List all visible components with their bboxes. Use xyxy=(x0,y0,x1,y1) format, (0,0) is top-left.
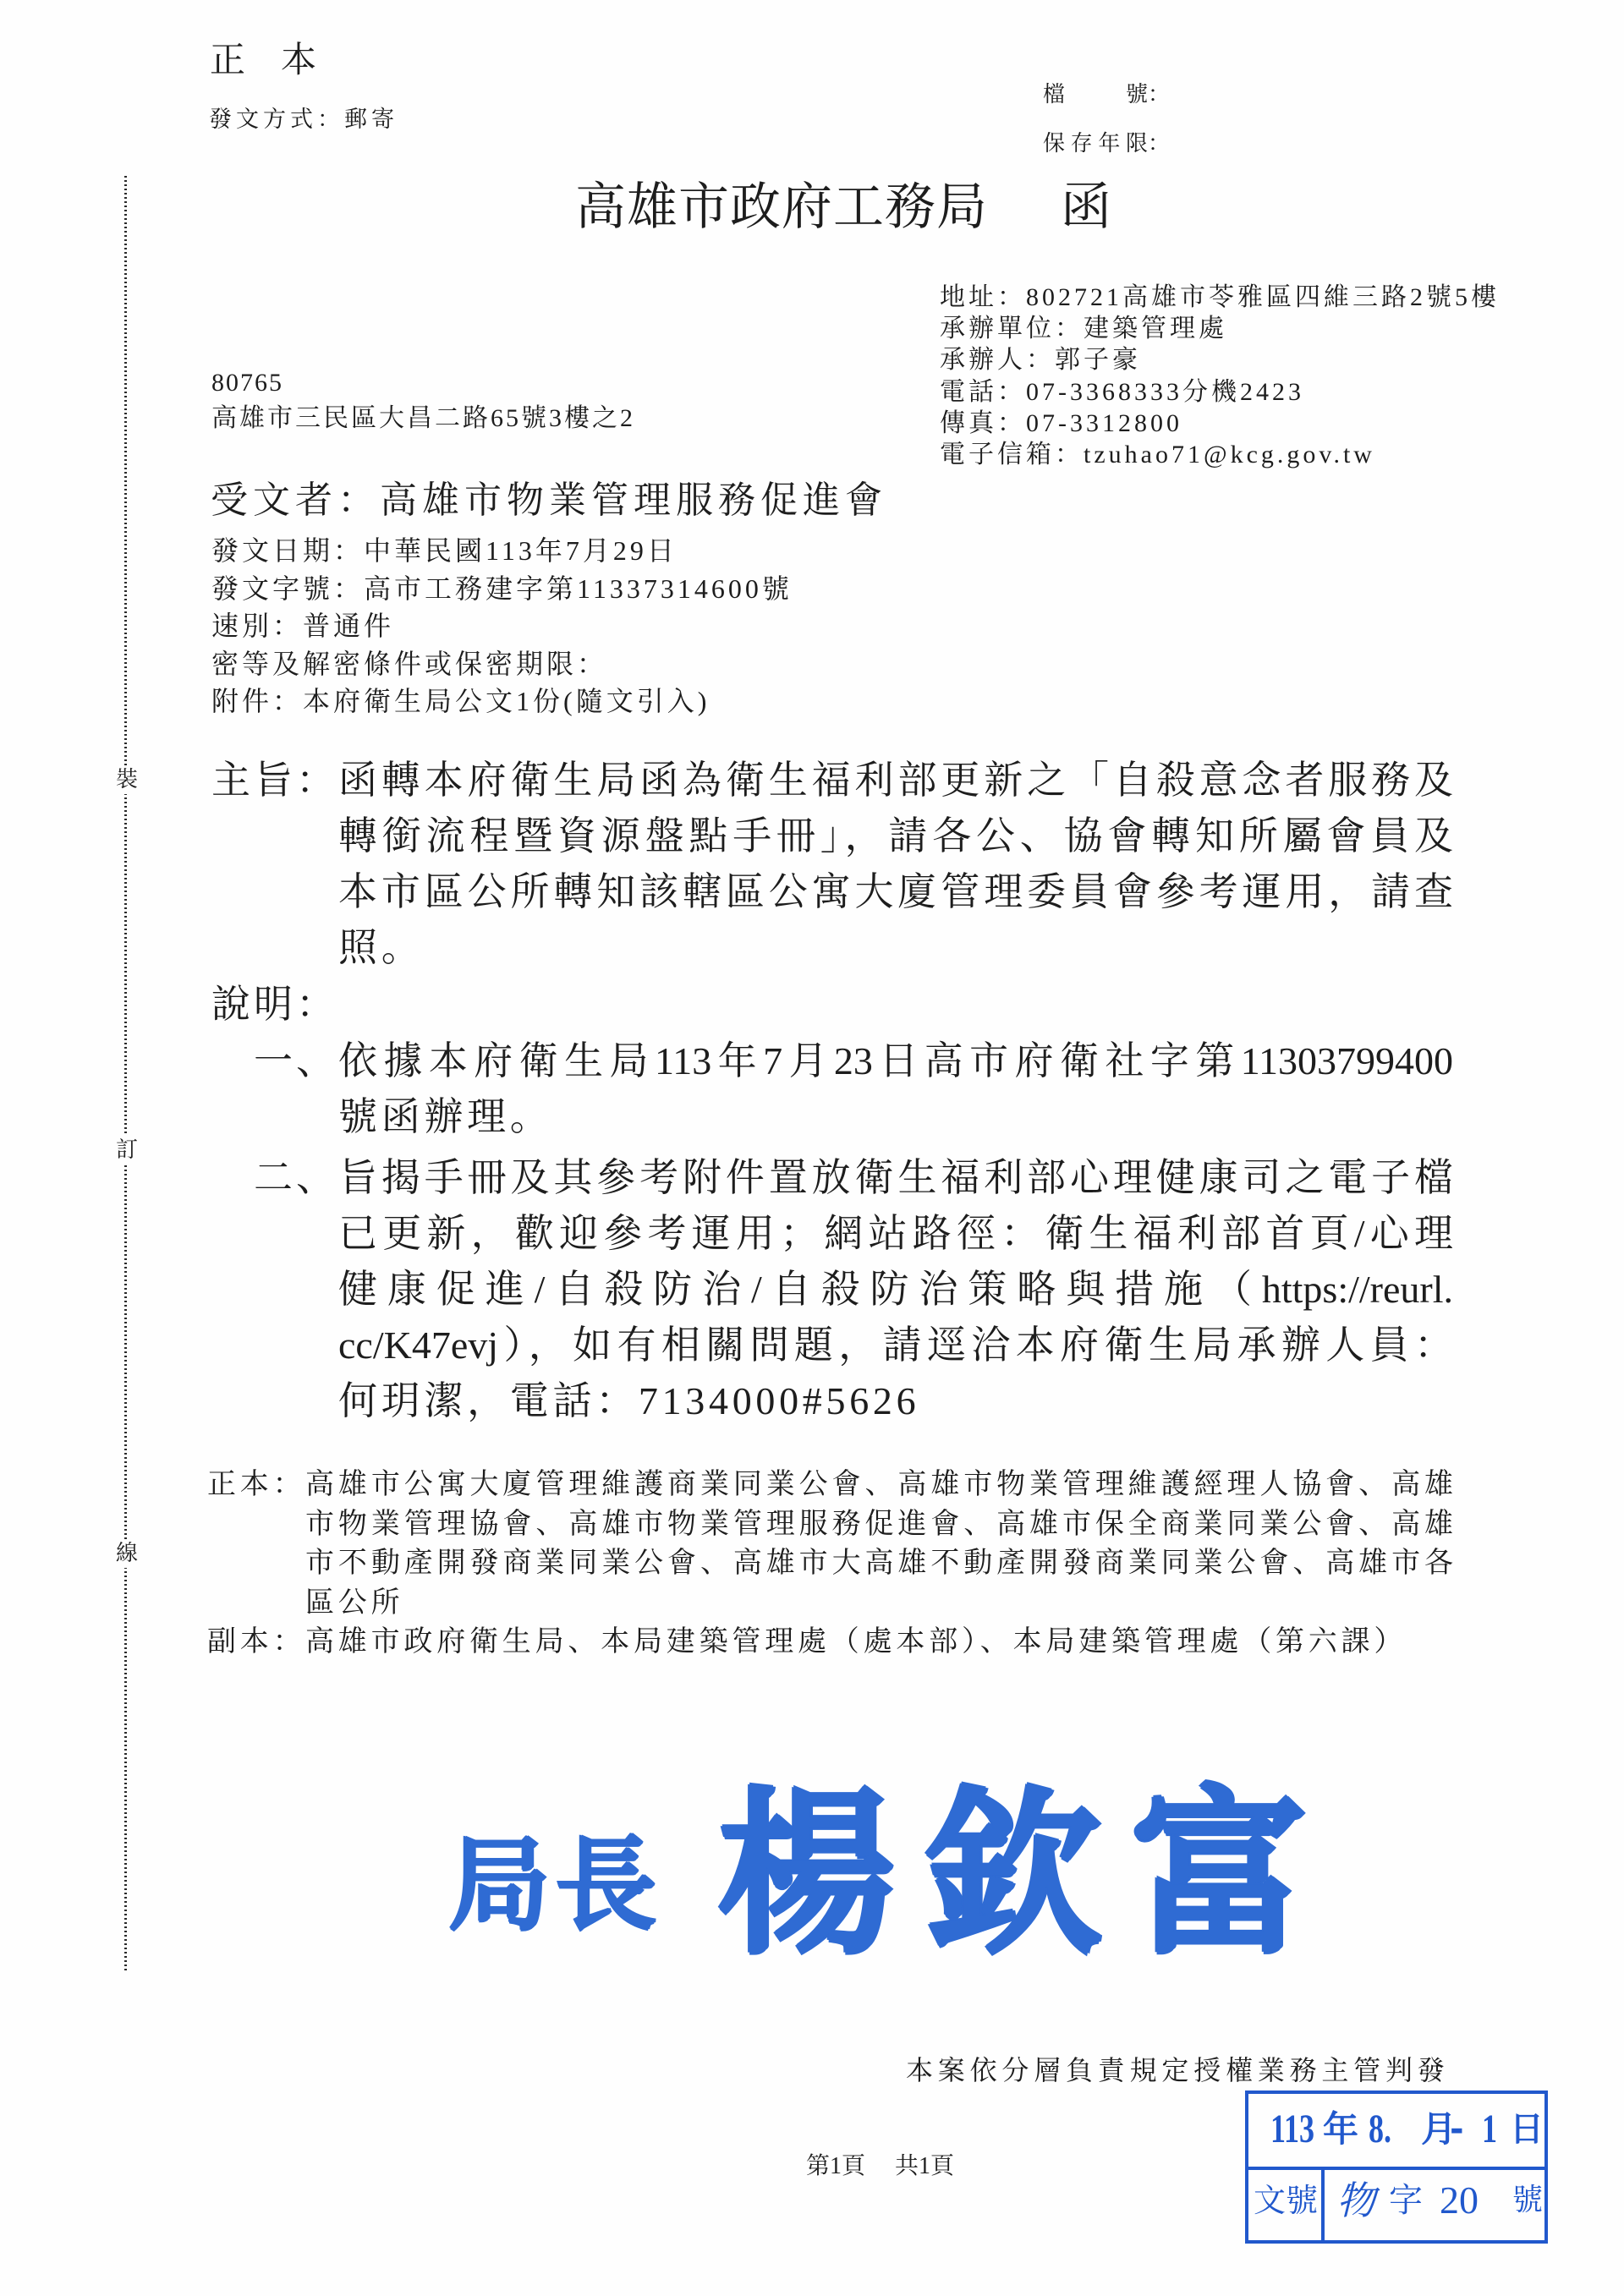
page-total: 共1頁 xyxy=(895,2153,954,2180)
contact-label: 傳真 xyxy=(940,409,997,437)
meta-label: 密等及解密條件或保密期限 xyxy=(211,649,577,679)
stamp-doc-no-suffix: 號 xyxy=(1512,2179,1543,2222)
meta-value: 本府衛生局公文1份(隨文引入) xyxy=(303,686,710,716)
explanation-line: 已更新，歡迎參考運用；網站路徑：衛生福利部首頁/心理 xyxy=(338,1206,1453,1262)
document-title-type: 函 xyxy=(1061,178,1111,237)
distribution-copy-label: 副本： xyxy=(207,1623,305,1663)
separator: ： xyxy=(1026,346,1055,374)
stamp-year-unit: 年 xyxy=(1323,2106,1358,2153)
stamp-doc-no-number: 20 xyxy=(1440,2179,1479,2222)
explanation-line: 何玥潔，電話：7134000#5626 xyxy=(338,1373,1453,1429)
separator: ： xyxy=(1055,441,1084,469)
subject-line: 照。 xyxy=(338,920,1453,976)
stamp-day: 1 xyxy=(1482,2106,1497,2153)
separator: ： xyxy=(272,611,303,641)
meta-priority: 速別：普通件 xyxy=(211,607,793,645)
explanation-line: 健康促進/自殺防治/自殺防治策略與措施（https://reurl. xyxy=(338,1262,1453,1318)
contact-label: 承辦單位 xyxy=(940,315,1055,342)
meta-label: 發文日期 xyxy=(211,535,333,566)
distribution-original-list: 高雄市公寓大廈管理維護商業同業公會、高雄市物業管理維護經理人協會、高雄 市物業管… xyxy=(305,1466,1453,1623)
separator: ： xyxy=(272,686,303,716)
meta-label: 發文字號 xyxy=(211,573,333,604)
meta-issue-date: 發文日期：中華民國113年7月29日 xyxy=(211,532,793,570)
contact-label: 電子信箱 xyxy=(940,441,1055,469)
separator: ： xyxy=(337,479,380,521)
explanation-item-1: 依據本府衛生局113年7月23日高市府衛社字第11303799400 號函辦理。 xyxy=(338,1033,1453,1145)
separator: ： xyxy=(997,378,1026,406)
subject-line: 本市區公所轉知該轄區公寓大廈管理委員會參考運用，請查 xyxy=(338,864,1453,920)
meta-value: 中華民國113年7月29日 xyxy=(364,535,678,566)
authorization-note: 本案依分層負責規定授權業務主管判發 xyxy=(906,2055,1450,2085)
separator: ： xyxy=(273,1469,306,1500)
contact-value: 郭子豪 xyxy=(1055,346,1141,374)
separator: ： xyxy=(1148,80,1170,109)
file-number-label: 檔號 xyxy=(1043,80,1148,109)
contact-label: 電話 xyxy=(940,378,997,406)
official-letter-page: 裝 訂 線 正本 發文方式：郵寄 檔號： 保存年限： 高雄市政府工務局 函 地址… xyxy=(0,0,1624,2296)
recipient-label: 受文者 xyxy=(211,479,337,521)
explanation-line: 號函辦理。 xyxy=(338,1089,1453,1145)
contact-address: 地址：802721高雄市苓雅區四維三路2號5樓 xyxy=(940,282,1500,313)
stamp-divider-vertical xyxy=(1321,2168,1325,2240)
stamp-day-unit: 日 xyxy=(1510,2106,1544,2153)
separator: ： xyxy=(296,759,338,802)
explanation-item-marker: 一、 xyxy=(254,1033,338,1089)
contact-value: 07-3312800 xyxy=(1026,409,1182,437)
distribution-copy-list: 高雄市政府衛生局、本局建築管理處（處本部）、本局建築管理處（第六課） xyxy=(305,1623,1453,1663)
distribution-original-label: 正本： xyxy=(207,1466,305,1505)
meta-value: 高市工務建字第11337314600號 xyxy=(364,573,793,604)
explanation-item-marker: 二、 xyxy=(254,1150,338,1206)
separator: ： xyxy=(577,649,607,679)
separator: ： xyxy=(317,107,344,132)
page-current: 第1頁 xyxy=(806,2153,865,2180)
sender-contact-block: 地址：802721高雄市苓雅區四維三路2號5樓 承辦單位：建築管理處 承辦人：郭… xyxy=(940,282,1500,470)
separator: ： xyxy=(273,1626,306,1658)
recipient-value: 高雄市物業管理服務促進會 xyxy=(380,479,887,521)
distribution-label-text: 副本 xyxy=(207,1626,273,1658)
subject-text: 函轉本府衛生局函為衛生福利部更新之「自殺意念者服務及 轉銜流程暨資源盤點手冊」，… xyxy=(338,753,1453,976)
meta-doc-number: 發文字號：高市工務建字第11337314600號 xyxy=(211,570,793,608)
delivery-method-label: 發文方式 xyxy=(209,107,317,132)
meta-value: 普通件 xyxy=(303,611,394,641)
stamp-doc-no-word: 字 xyxy=(1389,2179,1423,2222)
meta-attachment: 附件：本府衛生局公文1份(隨文引入) xyxy=(211,682,793,721)
distribution-line: 高雄市公寓大廈管理維護商業同業公會、高雄市物業管理維護經理人協會、高雄 xyxy=(305,1466,1453,1505)
distribution-line: 高雄市政府衛生局、本局建築管理處（處本部）、本局建築管理處（第六課） xyxy=(305,1623,1453,1663)
contact-officer: 承辦人：郭子豪 xyxy=(940,344,1500,375)
binding-label-bind: 裝 xyxy=(114,765,140,794)
meta-label: 速別 xyxy=(211,611,272,641)
meta-label: 附件 xyxy=(211,686,272,716)
document-title-agency: 高雄市政府工務局 xyxy=(575,178,988,237)
receipt-date-stamp: 113 年 8. 月 - 1 日 文號 物 字 20 號 xyxy=(1245,2091,1548,2244)
retention-period-field: 保存年限： xyxy=(1043,129,1170,158)
file-number-field: 檔號： xyxy=(1043,80,1170,109)
signature-title-stamp: 局長 xyxy=(448,1835,661,1937)
explanation-label: 說明： xyxy=(211,977,338,1033)
binding-label-staple: 訂 xyxy=(114,1136,140,1164)
contact-value: 建築管理處 xyxy=(1084,315,1227,342)
distribution-line: 市物業管理協會、高雄市物業管理服務促進會、高雄市保全商業同業公會、高雄 xyxy=(305,1505,1453,1545)
binding-label-line: 線 xyxy=(114,1539,140,1568)
distribution-line: 市不動產開發商業同業公會、高雄市大高雄不動產開發商業同業公會、高雄市各 xyxy=(305,1544,1453,1584)
explanation-label-text: 說明 xyxy=(211,983,296,1026)
copy-type-label: 正本 xyxy=(210,39,352,83)
contact-phone: 電話：07-3368333分機2423 xyxy=(940,376,1500,408)
contact-value: 802721高雄市苓雅區四維三路2號5樓 xyxy=(1026,283,1500,311)
separator: ： xyxy=(296,983,338,1026)
document-meta-block: 發文日期：中華民國113年7月29日 發文字號：高市工務建字第113373146… xyxy=(211,532,793,721)
subject-label-text: 主旨 xyxy=(211,759,296,802)
subject-label: 主旨： xyxy=(211,753,338,808)
stamp-year: 113 xyxy=(1270,2106,1314,2153)
subject-line: 函轉本府衛生局函為衛生福利部更新之「自殺意念者服務及 xyxy=(338,753,1453,808)
stamp-dash: - xyxy=(1450,2106,1464,2153)
recipient-address: 高雄市三民區大昌二路65號3樓之2 xyxy=(211,403,635,434)
distribution-line: 區公所 xyxy=(305,1584,1453,1624)
delivery-method: 發文方式：郵寄 xyxy=(209,105,398,134)
recipient-line: 受文者：高雄市物業管理服務促進會 xyxy=(211,478,887,523)
contact-email: 電子信箱：tzuhao71@kcg.gov.tw xyxy=(940,439,1500,470)
subject-line: 轉銜流程暨資源盤點手冊」，請各公、協會轉知所屬會員及 xyxy=(338,808,1453,864)
stamp-divider-horizontal xyxy=(1248,2167,1544,2170)
meta-classification: 密等及解密條件或保密期限： xyxy=(211,645,793,683)
contact-value: 07-3368333分機2423 xyxy=(1026,378,1304,406)
contact-unit: 承辦單位：建築管理處 xyxy=(940,313,1500,344)
recipient-postal-code: 80765 xyxy=(211,368,283,398)
contact-value: tzuhao71@kcg.gov.tw xyxy=(1084,441,1375,469)
stamp-month: 8. xyxy=(1369,2106,1391,2153)
separator: ： xyxy=(1148,129,1170,158)
separator: ： xyxy=(1055,315,1084,342)
delivery-method-value: 郵寄 xyxy=(344,107,398,132)
retention-period-label: 保存年限 xyxy=(1043,129,1148,158)
signature-name-stamp: 楊欽富 xyxy=(717,1786,1336,1967)
stamp-doc-no-label: 文號 xyxy=(1254,2179,1318,2222)
explanation-item-2: 旨揭手冊及其參考附件置放衛生福利部心理健康司之電子檔 已更新，歡迎參考運用；網站… xyxy=(338,1150,1453,1429)
stamp-doc-no-prefix-handwritten: 物 xyxy=(1336,2179,1375,2222)
distribution-label-text: 正本 xyxy=(207,1469,273,1500)
contact-label: 地址 xyxy=(940,283,997,311)
separator: ： xyxy=(997,283,1026,311)
explanation-line: 旨揭手冊及其參考附件置放衛生福利部心理健康司之電子檔 xyxy=(338,1150,1453,1206)
separator: ： xyxy=(997,409,1026,437)
binding-dotted-line xyxy=(124,176,127,1972)
separator: ： xyxy=(333,535,364,566)
explanation-line: 依據本府衛生局113年7月23日高市府衛社字第11303799400 xyxy=(338,1033,1453,1089)
explanation-line: cc/K47evj），如有相關問題，請逕洽本府衛生局承辦人員： xyxy=(338,1318,1453,1373)
contact-fax: 傳真：07-3312800 xyxy=(940,408,1500,439)
separator: ： xyxy=(333,573,364,604)
contact-label: 承辦人 xyxy=(940,346,1026,374)
